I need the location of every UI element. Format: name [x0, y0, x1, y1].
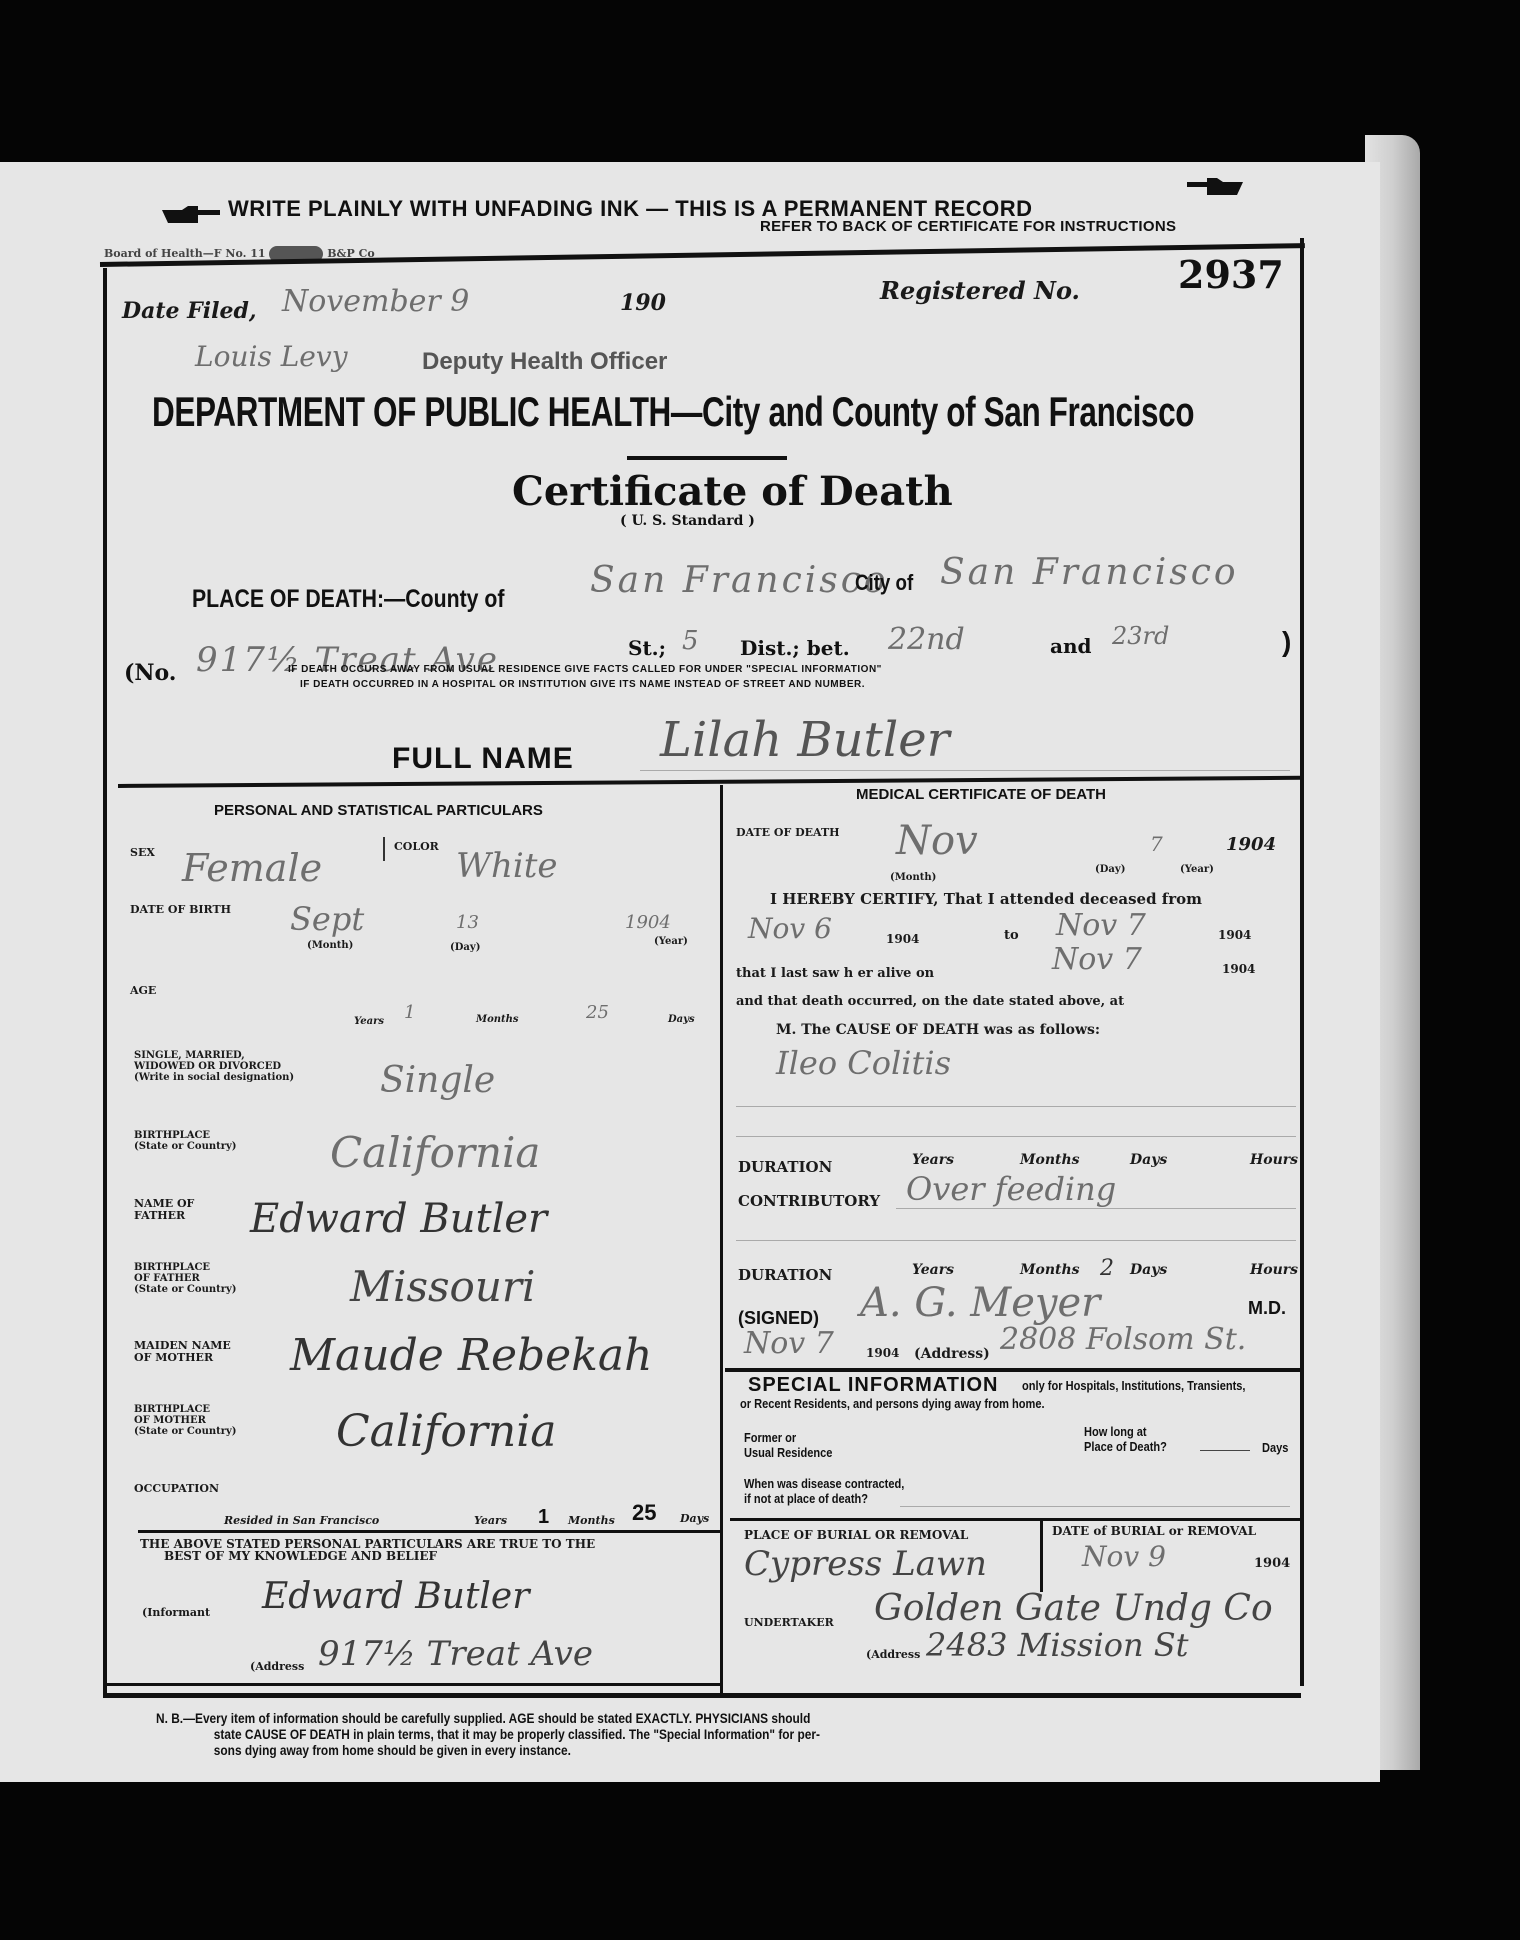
dod-year-caption: (Year) [1180, 864, 1214, 875]
county-value: San Francisco [590, 560, 889, 601]
signed-date: Nov 7 [744, 1326, 834, 1361]
former-residence-label: Former or Usual Residence [744, 1430, 832, 1460]
last-saw-text: that I last saw h er alive on [736, 966, 934, 981]
father-name-value: Edward Butler [250, 1196, 547, 1242]
physician-signature: A. G. Meyer [860, 1280, 1100, 1326]
mother-birthplace-label-line-1: BIRTHPLACE [134, 1404, 237, 1415]
burial-column-divider [1040, 1520, 1043, 1592]
physician-address-label: (Address) [914, 1346, 990, 1362]
attended-to-year: 1904 [1218, 928, 1251, 942]
age-months-caption: Months [476, 1014, 519, 1025]
close-paren: ) [1282, 626, 1291, 658]
contracted-label-line-2: if not at place of death? [744, 1491, 904, 1506]
birthplace-label-line-2: (State or Country) [134, 1141, 237, 1152]
age-days-caption: Days [668, 1014, 695, 1025]
pointing-hand-icon-left [160, 204, 222, 226]
certificate-title: Certificate of Death [512, 468, 953, 515]
marital-label-line-2: WIDOWED OR DIVORCED [134, 1061, 294, 1072]
certificate-subtitle: ( U. S. Standard ) [620, 513, 755, 529]
registered-label: Registered No. [880, 276, 1080, 305]
how-long-label-line-2: Place of Death? [1084, 1439, 1167, 1454]
how-long-label-line-1: How long at [1084, 1424, 1167, 1439]
pointing-hand-icon-right [1185, 176, 1245, 198]
age-days-value: 25 [586, 1002, 609, 1023]
color-value: White [456, 846, 558, 886]
dod-year: 1904 [1226, 834, 1276, 855]
attended-to: Nov 7 [1056, 908, 1146, 943]
birthplace-label-line-1: BIRTHPLACE [134, 1130, 237, 1141]
special-heading-note-2: or Recent Residents, and persons dying a… [740, 1396, 1045, 1411]
father-name-label: NAME OF FATHER [134, 1198, 194, 1222]
mother-name-label: MAIDEN NAME OF MOTHER [134, 1340, 231, 1364]
former-residence-label-line-1: Former or [744, 1430, 832, 1445]
full-name-underline [640, 770, 1290, 771]
attended-from-year: 1904 [886, 932, 919, 946]
medical-heading: MEDICAL CERTIFICATE OF DEATH [856, 786, 1106, 803]
duration-days-caption-2: Days [1130, 1262, 1167, 1278]
former-residence-label-line-2: Usual Residence [744, 1445, 832, 1460]
dob-label: DATE OF BIRTH [130, 903, 231, 916]
contributory-line-2 [736, 1240, 1296, 1241]
dob-month: Sept [290, 900, 364, 938]
resided-days-caption: Days [680, 1512, 709, 1525]
father-name-label-line-2: FATHER [134, 1210, 194, 1222]
registered-number: 2937 [1178, 252, 1284, 297]
contracted-label-line-1: When was disease contracted, [744, 1476, 904, 1491]
sex-label: SEX [130, 846, 155, 859]
dob-day: 13 [456, 912, 479, 933]
frame-left [103, 268, 107, 1698]
informant-divider [138, 1530, 722, 1533]
st-value: 5 [682, 626, 699, 656]
undertaker-address-label: (Address [866, 1648, 920, 1661]
personal-heading: PERSONAL AND STATISTICAL PARTICULARS [214, 802, 543, 819]
between-street-1: 22nd [888, 622, 965, 657]
footnote-line-1: N. B.—Every item of information should b… [156, 1710, 820, 1726]
father-birthplace-label-line-1: BIRTHPLACE [134, 1262, 237, 1273]
father-birthplace-label-line-3: (State or Country) [134, 1284, 237, 1295]
duration-years-caption-1: Years [912, 1152, 954, 1168]
cause-value: Ileo Colitis [776, 1044, 951, 1082]
how-long-blank [1200, 1450, 1250, 1451]
place-of-death-label: PLACE OF DEATH:—County of [192, 585, 504, 614]
duration-months-caption-2: Months [1020, 1262, 1080, 1278]
full-name-label: FULL NAME [392, 742, 574, 776]
between-street-2: 23rd [1112, 622, 1169, 650]
officer-title: Deputy Health Officer [422, 348, 667, 376]
st-label: St.; [628, 636, 666, 660]
department-title: DEPARTMENT OF PUBLIC HEALTH—City and Cou… [152, 388, 1194, 436]
special-heading-note: only for Hospitals, Institutions, Transi… [1022, 1378, 1245, 1393]
dob-year: 1904 [625, 912, 671, 933]
sex-value: Female [182, 846, 322, 890]
duration-days-caption-1: Days [1130, 1152, 1167, 1168]
burial-place-value: Cypress Lawn [744, 1544, 987, 1584]
contributory-value: Over feeding [906, 1170, 1116, 1208]
burial-place-label: PLACE OF BURIAL OR REMOVAL [744, 1528, 968, 1542]
resided-days-value: 25 [632, 1500, 656, 1526]
date-filed-value: November 9 [282, 284, 469, 319]
city-label: City of [855, 570, 913, 596]
full-name-value: Lilah Butler [660, 712, 950, 768]
physician-address-value: 2808 Folsom St. [1000, 1322, 1246, 1357]
father-birthplace-label: BIRTHPLACE OF FATHER (State or Country) [134, 1262, 237, 1295]
city-value: San Francisco [940, 552, 1239, 593]
how-long-days-caption: Days [1262, 1440, 1288, 1455]
duration-months-caption-1: Months [1020, 1152, 1080, 1168]
residence-note-1: IF DEATH OCCURS AWAY FROM USUAL RESIDENC… [288, 664, 882, 675]
last-saw-year: 1904 [1222, 962, 1255, 976]
dod-month: Nov [896, 818, 978, 864]
age-years-caption: Years [354, 1016, 384, 1027]
informant-address-value: 917½ Treat Ave [318, 1634, 593, 1674]
instructions-ref: REFER TO BACK OF CERTIFICATE FOR INSTRUC… [760, 218, 1176, 235]
resided-months-caption: Months [568, 1514, 615, 1527]
street-no-label: (No. [124, 660, 176, 686]
undertaker-value: Golden Gate Undg Co [874, 1588, 1273, 1629]
mother-birthplace-label-line-2: OF MOTHER [134, 1415, 237, 1426]
frame-bottom [103, 1693, 1301, 1698]
dob-month-caption: (Month) [307, 940, 353, 951]
resided-label: Resided in San Francisco [224, 1514, 379, 1527]
occupation-label: OCCUPATION [134, 1482, 219, 1495]
mother-name-value: Maude Rebekah [290, 1330, 652, 1381]
dist-label: Dist.; bet. [740, 636, 850, 660]
dob-day-caption: (Day) [450, 942, 480, 953]
mother-name-label-line-2: OF MOTHER [134, 1352, 231, 1364]
father-birthplace-value: Missouri [350, 1262, 535, 1311]
mother-birthplace-label-line-3: (State or Country) [134, 1426, 237, 1437]
frame-right [1300, 238, 1304, 1686]
mother-birthplace-label: BIRTHPLACE OF MOTHER (State or Country) [134, 1404, 237, 1437]
contributory-line [896, 1208, 1296, 1209]
duration-label-2: DURATION [738, 1266, 832, 1284]
certify-text: I HEREBY CERTIFY, That I attended deceas… [770, 890, 1202, 908]
md-label: M.D. [1248, 1298, 1286, 1319]
duration-label-1: DURATION [738, 1158, 832, 1176]
how-long-label: How long at Place of Death? [1084, 1424, 1167, 1454]
personal-bottom-rule [103, 1683, 721, 1686]
residence-note-2: IF DEATH OCCURRED IN A HOSPITAL OR INSTI… [300, 679, 865, 690]
color-divider [383, 837, 385, 861]
marital-value: Single [380, 1060, 495, 1101]
occurred-text: and that death occurred, on the date sta… [736, 994, 1124, 1009]
date-filed-label: Date Filed, [122, 298, 257, 324]
duration-years-caption-2: Years [912, 1262, 954, 1278]
contracted-blank [900, 1506, 1290, 1507]
duration-hours-caption-2: Hours [1250, 1262, 1298, 1278]
footnote-line-3: sons dying away from home should be give… [156, 1742, 820, 1758]
marital-label-line-1: SINGLE, MARRIED, [134, 1050, 294, 1061]
footnote: N. B.—Every item of information should b… [156, 1710, 820, 1758]
undertaker-address-value: 2483 Mission St [926, 1626, 1189, 1664]
burial-date-label: DATE of BURIAL or REMOVAL [1052, 1524, 1256, 1538]
officer-signature: Louis Levy [195, 340, 348, 373]
duration-hours-caption-1: Hours [1250, 1152, 1298, 1168]
informant-label: (Informant [142, 1606, 210, 1619]
informant-address-label: (Address [250, 1660, 304, 1673]
dob-year-caption: (Year) [654, 936, 688, 947]
age-label: AGE [130, 984, 156, 997]
signed-year: 1904 [866, 1346, 899, 1360]
color-label: COLOR [394, 840, 439, 853]
contracted-label: When was disease contracted, if not at p… [744, 1476, 904, 1506]
father-birthplace-label-line-2: OF FATHER [134, 1273, 237, 1284]
form-code-text: Board of Health—F No. 11 [104, 247, 266, 260]
cause-text: M. The CAUSE OF DEATH was as follows: [776, 1022, 1100, 1038]
resided-months-value: 1 [538, 1506, 549, 1529]
birthplace-label: BIRTHPLACE (State or Country) [134, 1130, 237, 1152]
last-saw-date: Nov 7 [1052, 942, 1142, 977]
informant-statement-line-2: BEST OF MY KNOWLEDGE AND BELIEF [140, 1550, 595, 1562]
column-divider [720, 785, 723, 1693]
informant-value: Edward Butler [262, 1576, 529, 1617]
dod-day: 7 [1150, 832, 1163, 856]
resided-years-caption: Years [474, 1514, 507, 1527]
footnote-line-2: state CAUSE OF DEATH in plain terms, tha… [156, 1726, 820, 1742]
mother-birthplace-value: California [336, 1406, 557, 1457]
burial-date-value: Nov 9 [1082, 1540, 1166, 1573]
duration-days-value-2: 2 [1100, 1256, 1114, 1281]
burial-date-year: 1904 [1254, 1556, 1290, 1571]
undertaker-label: UNDERTAKER [744, 1616, 834, 1629]
marital-label-line-3: (Write in social designation) [134, 1072, 294, 1083]
to-label: to [1004, 928, 1019, 943]
birthplace-value: California [330, 1128, 540, 1177]
cause-line-2 [736, 1106, 1296, 1107]
title-divider [627, 456, 787, 460]
cause-line-3 [736, 1136, 1296, 1137]
special-heading: SPECIAL INFORMATION [748, 1374, 998, 1397]
marital-label: SINGLE, MARRIED, WIDOWED OR DIVORCED (Wr… [134, 1050, 294, 1083]
dod-day-caption: (Day) [1095, 864, 1125, 875]
dod-label: DATE OF DEATH [736, 826, 840, 839]
informant-statement: THE ABOVE STATED PERSONAL PARTICULARS AR… [140, 1538, 595, 1562]
special-divider [725, 1368, 1301, 1372]
dod-month-caption: (Month) [890, 872, 936, 883]
age-months-value: 1 [404, 1002, 415, 1023]
date-filed-year: 190 [620, 290, 666, 316]
burial-divider [730, 1518, 1300, 1521]
and-label: and [1050, 634, 1091, 658]
attended-from: Nov 6 [748, 912, 832, 945]
contributory-label: CONTRIBUTORY [738, 1192, 880, 1210]
